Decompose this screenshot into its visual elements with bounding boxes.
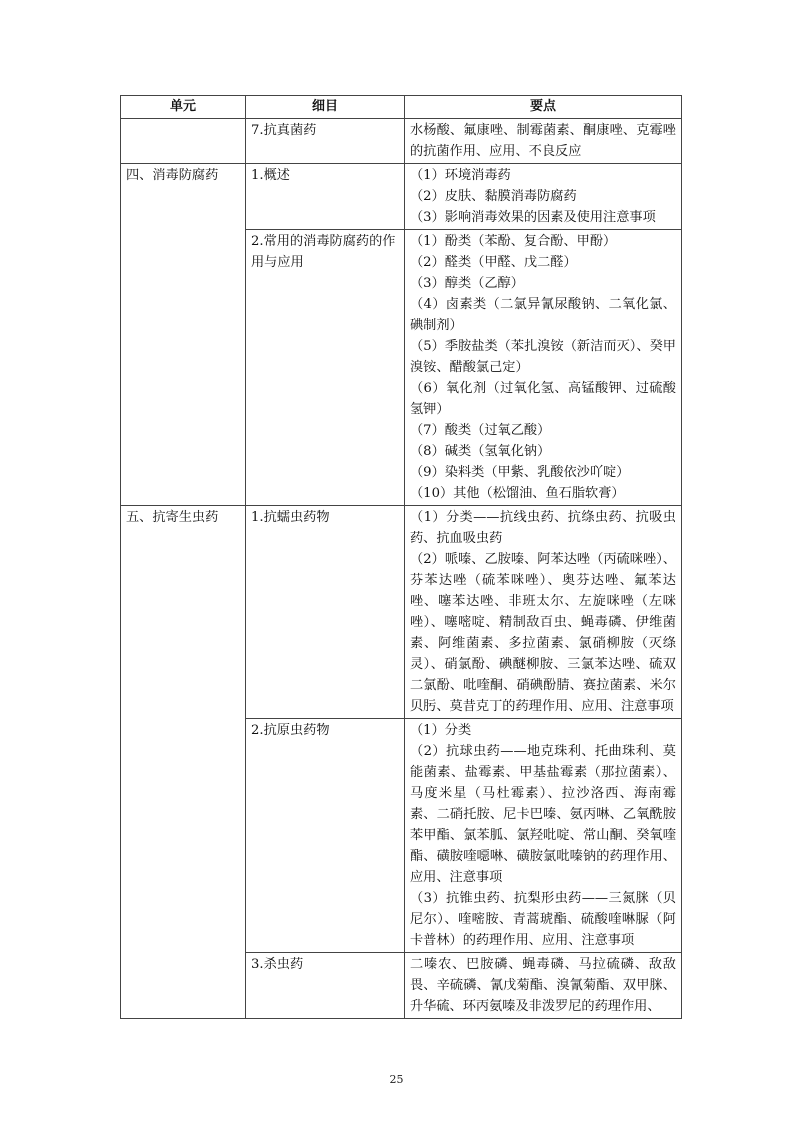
item-cell: 2.常用的消毒防腐药的作用与应用 xyxy=(246,230,405,506)
item-cell: 1.抗蠕虫药物 xyxy=(246,506,405,719)
point-line: （3）醇类（乙醇） xyxy=(410,273,676,294)
syllabus-table: 单元 细目 要点 7.抗真菌药水杨酸、氟康唑、制霉菌素、酮康唑、克霉唑的抗菌作用… xyxy=(120,95,682,1019)
point-line: （1）环境消毒药 xyxy=(410,165,676,186)
point-line: （10）其他（松馏油、鱼石脂软膏） xyxy=(410,483,676,504)
point-line: （7）酸类（过氧乙酸） xyxy=(410,420,676,441)
unit-cell: 四、消毒防腐药 xyxy=(121,164,246,506)
header-unit: 单元 xyxy=(121,96,246,119)
point-line: （5）季胺盐类（苯扎溴铵（新洁而灭）、癸甲溴铵、醋酸氯己定） xyxy=(410,336,676,378)
points-cell: （1）酚类（苯酚、复合酚、甲酚）（2）醛类（甲醛、戊二醛）（3）醇类（乙醇）（4… xyxy=(405,230,682,506)
point-line: （1）酚类（苯酚、复合酚、甲酚） xyxy=(410,231,676,252)
point-line: （2）醛类（甲醛、戊二醛） xyxy=(410,252,676,273)
point-line: 二嗪农、巴胺磷、蝇毒磷、马拉硫磷、敌敌畏、辛硫磷、氰戊菊酯、溴氰菊酯、双甲脒、升… xyxy=(410,954,676,1017)
point-line: （9）染料类（甲紫、乳酸依沙吖啶） xyxy=(410,462,676,483)
point-line: （3）影响消毒效果的因素及使用注意事项 xyxy=(410,207,676,228)
item-cell: 1.概述 xyxy=(246,164,405,230)
point-line: 水杨酸、氟康唑、制霉菌素、酮康唑、克霉唑的抗菌作用、应用、不良反应 xyxy=(410,120,676,162)
table-row: 四、消毒防腐药1.概述（1）环境消毒药（2）皮肤、黏膜消毒防腐药（3）影响消毒效… xyxy=(121,164,682,230)
point-line: （3）抗锥虫药、抗梨形虫药——三氮脒（贝尼尔）、喹嘧胺、青蒿琥酯、硫酸喹啉脲（阿… xyxy=(410,888,676,951)
point-line: （2）抗球虫药——地克珠利、托曲珠利、莫能菌素、盐霉素、甲基盐霉素（那拉菌素）、… xyxy=(410,741,676,888)
points-cell: 二嗪农、巴胺磷、蝇毒磷、马拉硫磷、敌敌畏、辛硫磷、氰戊菊酯、溴氰菊酯、双甲脒、升… xyxy=(405,953,682,1019)
point-line: （8）碱类（氢氧化钠） xyxy=(410,441,676,462)
point-line: （2）皮肤、黏膜消毒防腐药 xyxy=(410,186,676,207)
header-points: 要点 xyxy=(405,96,682,119)
point-line: （2）哌嗪、乙胺嗪、阿苯达唑（丙硫咪唑）、芬苯达唑（硫苯咪唑）、奥芬达唑、氟苯达… xyxy=(410,549,676,717)
points-cell: 水杨酸、氟康唑、制霉菌素、酮康唑、克霉唑的抗菌作用、应用、不良反应 xyxy=(405,119,682,164)
point-line: （4）卤素类（二氯异氰尿酸钠、二氧化氯、碘制剂） xyxy=(410,294,676,336)
points-cell: （1）环境消毒药（2）皮肤、黏膜消毒防腐药（3）影响消毒效果的因素及使用注意事项 xyxy=(405,164,682,230)
item-cell: 2.抗原虫药物 xyxy=(246,719,405,953)
header-item: 细目 xyxy=(246,96,405,119)
table-row: 7.抗真菌药水杨酸、氟康唑、制霉菌素、酮康唑、克霉唑的抗菌作用、应用、不良反应 xyxy=(121,119,682,164)
table-row: 五、抗寄生虫药1.抗蠕虫药物（1）分类——抗线虫药、抗绦虫药、抗吸虫药、抗血吸虫… xyxy=(121,506,682,719)
point-line: （1）分类——抗线虫药、抗绦虫药、抗吸虫药、抗血吸虫药 xyxy=(410,507,676,549)
point-line: （1）分类 xyxy=(410,720,676,741)
points-cell: （1）分类——抗线虫药、抗绦虫药、抗吸虫药、抗血吸虫药（2）哌嗪、乙胺嗪、阿苯达… xyxy=(405,506,682,719)
points-cell: （1）分类（2）抗球虫药——地克珠利、托曲珠利、莫能菌素、盐霉素、甲基盐霉素（那… xyxy=(405,719,682,953)
page-number: 25 xyxy=(0,1073,793,1086)
unit-cell xyxy=(121,119,246,164)
table-header-row: 单元 细目 要点 xyxy=(121,96,682,119)
item-cell: 7.抗真菌药 xyxy=(246,119,405,164)
document-page: 单元 细目 要点 7.抗真菌药水杨酸、氟康唑、制霉菌素、酮康唑、克霉唑的抗菌作用… xyxy=(0,0,793,1122)
point-line: （6）氧化剂（过氧化氢、高锰酸钾、过硫酸氢钾） xyxy=(410,378,676,420)
unit-cell: 五、抗寄生虫药 xyxy=(121,506,246,1019)
item-cell: 3.杀虫药 xyxy=(246,953,405,1019)
